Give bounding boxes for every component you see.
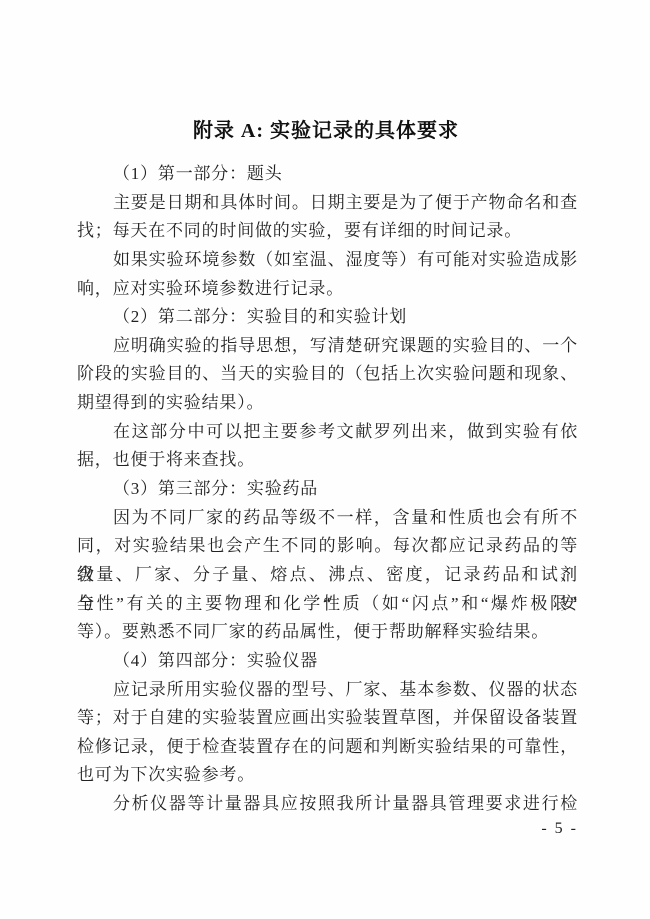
text-line: 阶段的实验目的、当天的实验目的（包括上次实验问题和现象、 <box>77 360 578 389</box>
text-line: 应记录所用实验仪器的型号、厂家、基本参数、仪器的状态 <box>77 676 578 705</box>
text-line: 也可为下次实验参考。 <box>77 761 578 790</box>
text-line: 分析仪器等计量器具应按照我所计量器具管理要求进行检 <box>77 790 578 819</box>
body-text: （1）第一部分：题头 主要是日期和具体时间。日期主要是为了便于产物命名和查 找；… <box>77 160 578 819</box>
text-line: 等；对于自建的实验装置应画出实验装置草图，并保留设备装置 <box>77 704 578 733</box>
text-line: 响，应对实验环境参数进行记录。 <box>77 275 578 304</box>
text-line: 因为不同厂家的药品等级不一样，含量和性质也会有所不 <box>77 504 578 533</box>
text-line: 据，也便于将来查找。 <box>77 446 578 475</box>
text-line: 找；每天在不同的时间做的实验，要有详细的时间记录。 <box>77 217 578 246</box>
text-line: 等）。要熟悉不同厂家的药品属性，便于帮助解释实验结果。 <box>77 618 578 647</box>
text-line: 在这部分中可以把主要参考文献罗列出来，做到实验有依 <box>77 418 578 447</box>
text-line: 含量、厂家、分子量、熔点、沸点、密度，记录药品和试剂与“安 <box>77 561 578 590</box>
page-title: 附录 A: 实验记录的具体要求 <box>75 114 577 143</box>
document-page: 附录 A: 实验记录的具体要求 （1）第一部分：题头 主要是日期和具体时间。日期… <box>0 0 650 919</box>
text-line: 全性”有关的主要物理和化学性质（如“闪点”和“爆炸极限” <box>77 590 578 619</box>
section-heading: （3）第三部分：实验药品 <box>77 475 578 504</box>
section-heading: （4）第四部分：实验仪器 <box>77 647 578 676</box>
page-number: - 5 - <box>77 820 578 838</box>
text-line: 主要是日期和具体时间。日期主要是为了便于产物命名和查 <box>77 189 578 218</box>
text-line: 如果实验环境参数（如室温、湿度等）有可能对实验造成影 <box>77 246 578 275</box>
text-line: 同，对实验结果也会产生不同的影响。每次都应记录药品的等级、 <box>77 532 578 561</box>
text-line: 期望得到的实验结果）。 <box>77 389 578 418</box>
text-line: 应明确实验的指导思想，写清楚研究课题的实验目的、一个 <box>77 332 578 361</box>
text-line: 检修记录，便于检查装置存在的问题和判断实验结果的可靠性， <box>77 733 578 762</box>
section-heading: （2）第二部分：实验目的和实验计划 <box>77 303 578 332</box>
section-heading: （1）第一部分：题头 <box>77 160 578 189</box>
